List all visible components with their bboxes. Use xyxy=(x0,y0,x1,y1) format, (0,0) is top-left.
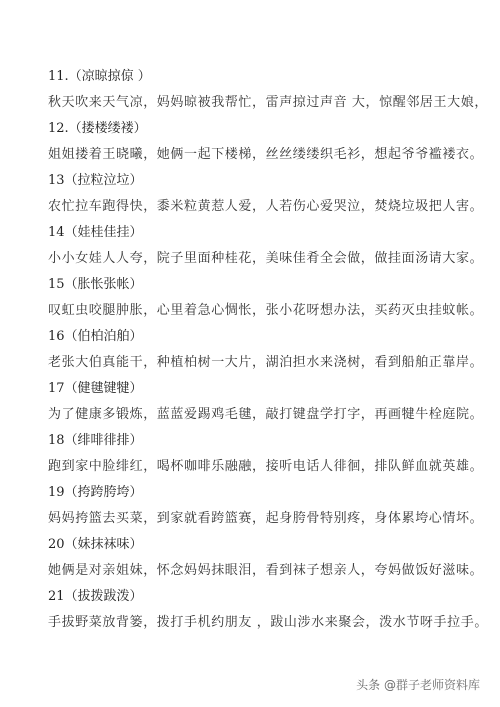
entry-19: 19（挎跨胯垮） 妈妈挎篮去买菜，到家就看跨篮赛，起身胯骨特别疼，身体累垮心情坏… xyxy=(48,480,488,532)
entry-21: 21（拔拨跋泼） 手拔野菜放背篓，拨打手机约朋友 ，跋山涉水来聚会，泼水节呀手拉… xyxy=(48,584,488,636)
entry-sentence: 农忙拉车跑得快，黍米粒黄惹人爱，人若伤心爱哭泣，焚烧垃圾把人害。 xyxy=(48,194,488,220)
entry-sentence: 为了健康多锻炼，蓝蓝爱踢鸡毛毽，敲打键盘学打字，再画犍牛栓庭院。 xyxy=(48,402,488,428)
entry-13: 13（拉粒泣垃） 农忙拉车跑得快，黍米粒黄惹人爱，人若伤心爱哭泣，焚烧垃圾把人害… xyxy=(48,168,488,220)
entry-15: 15（胀怅张帐） 叹虹虫咬腿肿胀，心里着急心惆怅，张小花呀想办法，买药灭虫挂蚊帐… xyxy=(48,272,488,324)
entry-11: 11.（凉晾掠倞 ） 秋天吹来天气凉，妈妈晾被我帮忙，雷声掠过声音 大，惊醒邻居… xyxy=(48,64,488,116)
entry-sentence: 秋天吹来天气凉，妈妈晾被我帮忙，雷声掠过声音 大，惊醒邻居王大娘， xyxy=(48,90,488,116)
entry-heading: 18（绯啡徘排） xyxy=(48,428,488,454)
entry-heading: 13（拉粒泣垃） xyxy=(48,168,488,194)
entry-heading: 21（拔拨跋泼） xyxy=(48,584,488,610)
entry-sentence: 小小女娃人人夸，院子里面种桂花，美味佳肴全会做，做挂面汤请大家。 xyxy=(48,246,488,272)
document-body: 11.（凉晾掠倞 ） 秋天吹来天气凉，妈妈晾被我帮忙，雷声掠过声音 大，惊醒邻居… xyxy=(48,64,488,636)
entry-sentence: 她俩是对亲姐妹，怀念妈妈抹眼泪，看到袜子想亲人，夸妈做饭好滋味。 xyxy=(48,558,488,584)
entry-17: 17（健毽键犍） 为了健康多锻炼，蓝蓝爱踢鸡毛毽，敲打键盘学打字，再画犍牛栓庭院… xyxy=(48,376,488,428)
entry-20: 20（妹抹袜味） 她俩是对亲姐妹，怀念妈妈抹眼泪，看到袜子想亲人，夸妈做饭好滋味… xyxy=(48,532,488,584)
entry-heading: 20（妹抹袜味） xyxy=(48,532,488,558)
entry-heading: 14（娃桂佳挂） xyxy=(48,220,488,246)
entry-sentence: 妈妈挎篮去买菜，到家就看跨篮赛，起身胯骨特别疼，身体累垮心情坏。 xyxy=(48,506,488,532)
entry-12: 12.（搂楼缕褛） 姐姐搂着王晓曦，她俩一起下楼梯，丝丝缕缕织毛衫，想起爷爷褴褛… xyxy=(48,116,488,168)
watermark: 头条 @群子老师资料库 xyxy=(356,676,480,693)
entry-sentence: 手拔野菜放背篓，拨打手机约朋友 ，跋山涉水来聚会，泼水节呀手拉手。 xyxy=(48,610,488,636)
entry-heading: 15（胀怅张帐） xyxy=(48,272,488,298)
entry-heading: 12.（搂楼缕褛） xyxy=(48,116,488,142)
entry-sentence: 姐姐搂着王晓曦，她俩一起下楼梯，丝丝缕缕织毛衫，想起爷爷褴褛衣。 xyxy=(48,142,488,168)
entry-sentence: 老张大伯真能干，种植柏树一大片，湖泊担水来浇树，看到船舶正靠岸。 xyxy=(48,350,488,376)
entry-heading: 11.（凉晾掠倞 ） xyxy=(48,64,488,90)
entry-sentence: 叹虹虫咬腿肿胀，心里着急心惆怅，张小花呀想办法，买药灭虫挂蚊帐。 xyxy=(48,298,488,324)
entry-sentence: 跑到家中脸绯红，喝杯咖啡乐融融，接听电话人徘徊，排队鲜血就英雄。 xyxy=(48,454,488,480)
entry-heading: 19（挎跨胯垮） xyxy=(48,480,488,506)
entry-heading: 16（伯柏泊舶） xyxy=(48,324,488,350)
entry-18: 18（绯啡徘排） 跑到家中脸绯红，喝杯咖啡乐融融，接听电话人徘徊，排队鲜血就英雄… xyxy=(48,428,488,480)
entry-heading: 17（健毽键犍） xyxy=(48,376,488,402)
entry-14: 14（娃桂佳挂） 小小女娃人人夸，院子里面种桂花，美味佳肴全会做，做挂面汤请大家… xyxy=(48,220,488,272)
entry-16: 16（伯柏泊舶） 老张大伯真能干，种植柏树一大片，湖泊担水来浇树，看到船舶正靠岸… xyxy=(48,324,488,376)
